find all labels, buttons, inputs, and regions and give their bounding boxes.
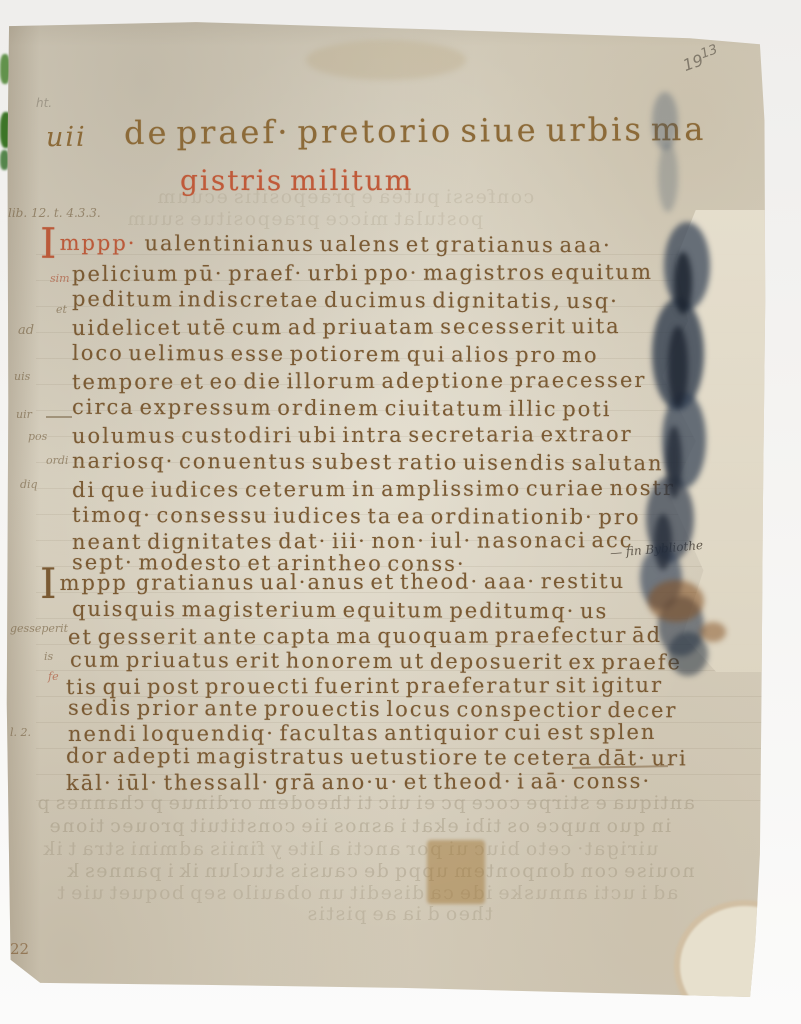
bleedthrough-line: theo d ia ae pistis xyxy=(306,903,493,925)
rubric-heading-line2: gistris militum xyxy=(180,164,413,197)
text-line: di que iudices ceterum in amplissimo cur… xyxy=(72,476,675,502)
water-stain xyxy=(306,40,466,80)
pencil-note: ht. xyxy=(36,96,52,110)
text-line: Impppgratianus ual·anus et theod· aaa· r… xyxy=(40,569,625,595)
blue-stain xyxy=(658,142,678,212)
round-repair-patch xyxy=(674,900,801,1024)
text-line: loco uelimus esse potiorem qui alios pro… xyxy=(72,341,599,367)
margin-gloss: diq xyxy=(20,478,38,491)
margin-gloss: uis xyxy=(14,370,30,383)
incipit-text: mppp xyxy=(60,571,128,595)
line-text: ualentinianus ualens et gratianus aaa· xyxy=(144,231,611,257)
bleedthrough-line: uirigat· ceto biuc ui por ancti a lite y… xyxy=(42,838,658,860)
rust-stain xyxy=(648,580,704,622)
text-line: Imppp·ualentinianus ualens et gratianus … xyxy=(40,231,612,257)
blue-stain-dark-core xyxy=(666,426,682,498)
margin-gloss: sim xyxy=(50,272,70,285)
rust-stain xyxy=(700,622,726,642)
manuscript-page: confessi putea e praepositis ecuum postu… xyxy=(6,0,766,1005)
bleedthrough-line: nouise con donpontem uppq de causis stuc… xyxy=(66,860,695,882)
margin-gloss: ad xyxy=(18,323,34,338)
rubric-heading-line1: de praef· pretorio siue urbis ma xyxy=(124,110,707,152)
line-text: gratianus ual·anus et theod· aaa· restit… xyxy=(136,569,625,595)
bleedthrough-line: antiqua e stirpe coce pc ei uic ti theod… xyxy=(36,792,695,814)
blue-stain xyxy=(652,92,678,150)
text-line: uolumus custodiri ubi intra secretaria e… xyxy=(72,422,633,448)
chapter-numeral: uii xyxy=(46,122,87,153)
text-line: timoq· consessu iudices ta ea ordination… xyxy=(72,503,641,529)
margin-gloss: l. 2. xyxy=(10,726,31,739)
folio-number: 1913 xyxy=(679,42,721,75)
paragraph-initial: I xyxy=(40,559,59,608)
margin-gloss: is xyxy=(44,650,53,663)
bleedthrough-line: postulat micce praepositue suum xyxy=(126,208,483,230)
text-line: nendi loquendiq· facultas antiquior cui … xyxy=(68,720,656,746)
text-line: uidelicet utē cum ad priuatam secesserit… xyxy=(72,314,621,340)
brown-square-stain xyxy=(427,840,485,904)
text-line: circa expressum ordinem ciuitatum illic … xyxy=(72,395,612,421)
text-line: quisquis magisterium equitum peditumq· u… xyxy=(72,597,608,623)
margin-gloss: gesseperit xyxy=(10,622,68,635)
bleedthrough-line: ad i ucti annuske ide ca disedit un obau… xyxy=(56,882,678,904)
rubric-incipit: mppp· xyxy=(60,231,137,255)
margin-gloss: fe xyxy=(48,670,59,683)
blue-stain xyxy=(668,632,708,676)
text-line: peditum indiscretae ducimus dignitatis, … xyxy=(72,287,619,313)
margin-gloss: pos xyxy=(28,430,47,443)
text-line: et gesserit ante capta ma quoquam praefe… xyxy=(68,623,662,649)
bleedthrough-line: in quo nupce os tibi ekat i asnos iie co… xyxy=(48,815,671,837)
margin-gloss: et xyxy=(56,303,67,316)
blue-stain-dark-core xyxy=(668,326,688,408)
margin-dash-mark xyxy=(46,416,72,418)
blue-stain-dark-core xyxy=(674,252,692,314)
margin-gloss: ordi xyxy=(46,454,68,467)
text-line: tempore et eo die illorum adeptione prae… xyxy=(72,368,646,394)
blue-stain-dark-core xyxy=(654,514,672,570)
folio-number-superscript: 13 xyxy=(699,42,720,62)
text-line: sedis prior ante prouectis locus conspec… xyxy=(68,696,678,723)
text-line: pelicium pū· praef· urbi ppo· magistros … xyxy=(72,260,653,286)
rubric-initial: I xyxy=(40,219,59,268)
margin-gloss: uir xyxy=(16,408,32,421)
bottom-page-number: 22 xyxy=(10,940,29,958)
text-line: cum priuatus erit honorem ut deposuerit … xyxy=(70,648,682,675)
text-line: nariosq· conuentus subest ratio uisendis… xyxy=(72,449,664,476)
manuscript-photo: { "document": { "type": "uncial manuscri… xyxy=(0,0,801,1024)
